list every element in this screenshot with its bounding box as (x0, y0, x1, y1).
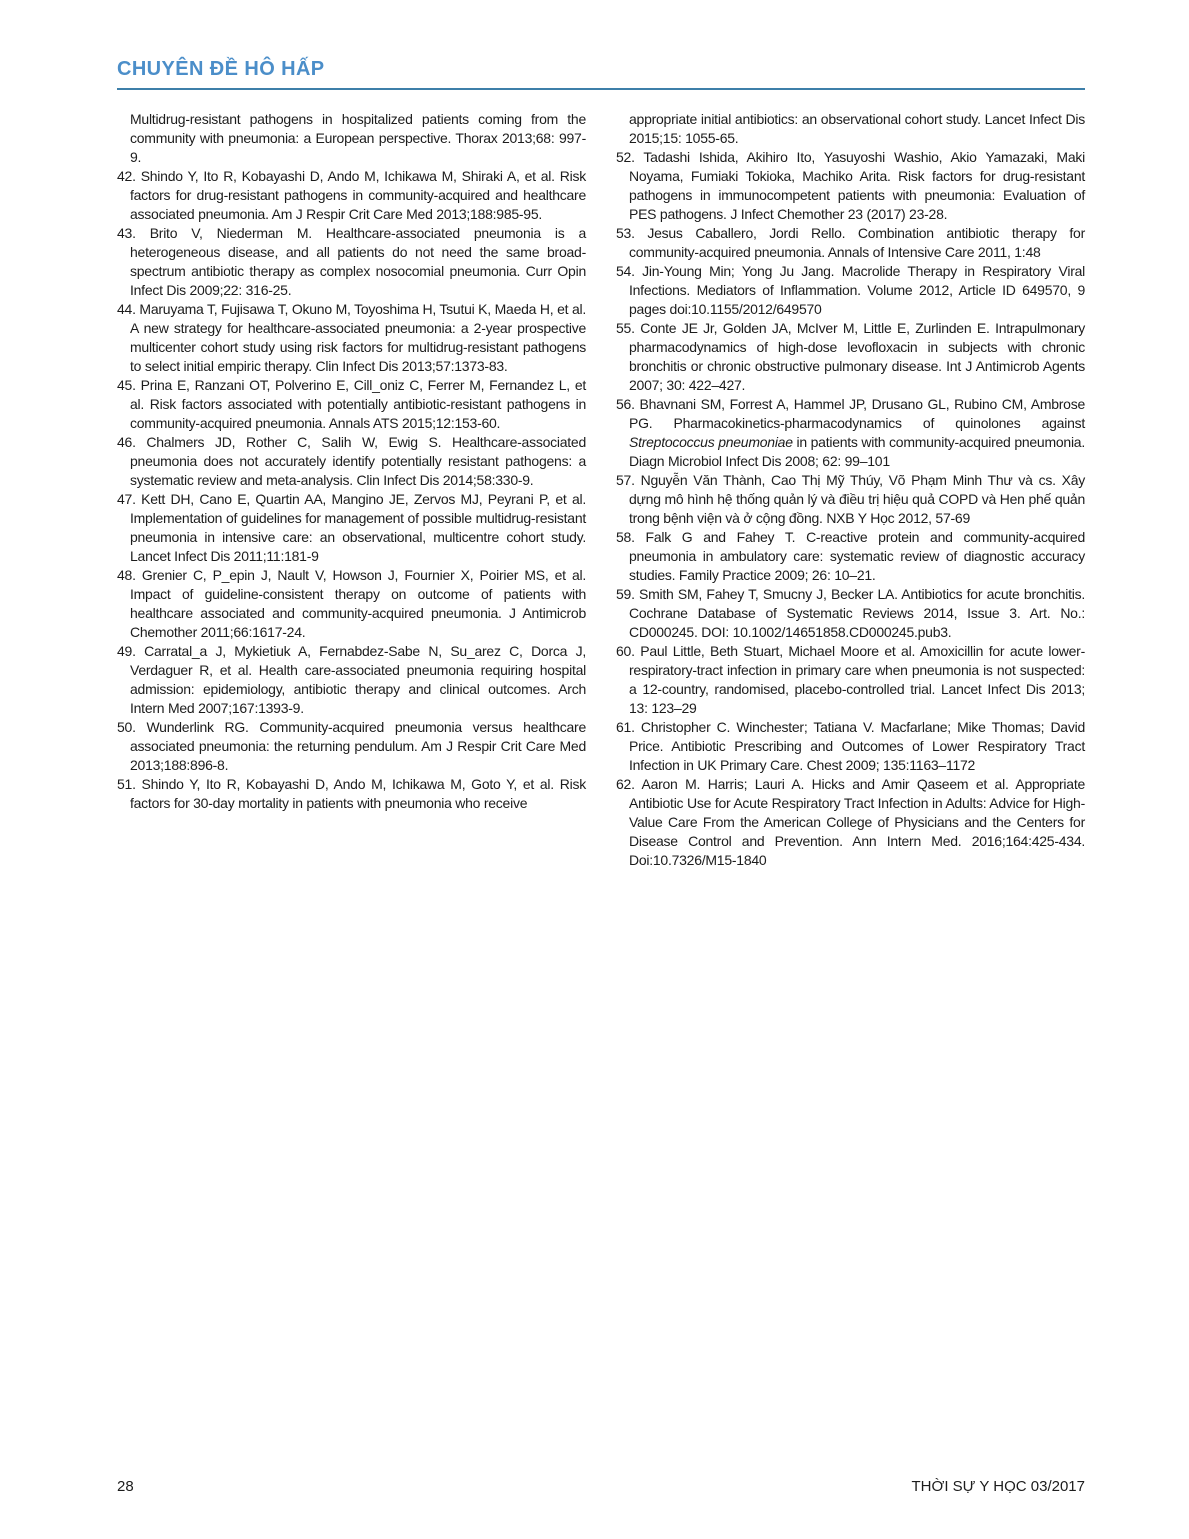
species-name-italic: Streptococcus pneumoniae (629, 434, 793, 450)
reference-text: 55. Conte JE Jr, Golden JA, McIver M, Li… (616, 320, 1085, 393)
reference-item: 50. Wunderlink RG. Community-acquired pn… (117, 718, 586, 775)
reference-item: 57. Nguyễn Văn Thành, Cao Thị Mỹ Thúy, V… (616, 471, 1085, 528)
reference-item: 61. Christopher C. Winchester; Tatiana V… (616, 718, 1085, 775)
reference-text: 61. Christopher C. Winchester; Tatiana V… (616, 719, 1085, 773)
reference-item: 45. Prina E, Ranzani OT, Polverino E, Ci… (117, 376, 586, 433)
reference-text: Multidrug-resistant pathogens in hospita… (130, 111, 586, 165)
reference-item: 52. Tadashi Ishida, Akihiro Ito, Yasuyos… (616, 148, 1085, 224)
reference-text: 57. Nguyễn Văn Thành, Cao Thị Mỹ Thúy, V… (616, 472, 1085, 526)
reference-text: appropriate initial antibiotics: an obse… (629, 111, 1085, 146)
reference-item: 62. Aaron M. Harris; Lauri A. Hicks and … (616, 775, 1085, 870)
reference-text: 47. Kett DH, Cano E, Quartin AA, Mangino… (117, 491, 586, 564)
reference-text: 58. Falk G and Fahey T. C-reactive prote… (616, 529, 1085, 583)
reference-item: 51. Shindo Y, Ito R, Kobayashi D, Ando M… (117, 775, 586, 813)
reference-item: 42. Shindo Y, Ito R, Kobayashi D, Ando M… (117, 167, 586, 224)
document-page: CHUYÊN ĐỀ HÔ HẤP Multidrug-resistant pat… (0, 0, 1189, 1539)
reference-text: 51. Shindo Y, Ito R, Kobayashi D, Ando M… (117, 776, 586, 811)
page-number: 28 (117, 1478, 134, 1495)
reference-item: 55. Conte JE Jr, Golden JA, McIver M, Li… (616, 319, 1085, 395)
reference-text: 44. Maruyama T, Fujisawa T, Okuno M, Toy… (117, 301, 586, 374)
reference-item: 53. Jesus Caballero, Jordi Rello. Combin… (616, 224, 1085, 262)
reference-item: 59. Smith SM, Fahey T, Smucny J, Becker … (616, 585, 1085, 642)
reference-text: 56. Bhavnani SM, Forrest A, Hammel JP, D… (616, 396, 1085, 431)
page-header: CHUYÊN ĐỀ HÔ HẤP (117, 58, 1085, 90)
reference-item: 44. Maruyama T, Fujisawa T, Okuno M, Toy… (117, 300, 586, 376)
references-column-left: Multidrug-resistant pathogens in hospita… (117, 110, 586, 870)
reference-item: 43. Brito V, Niederman M. Healthcare-ass… (117, 224, 586, 300)
reference-item: 58. Falk G and Fahey T. C-reactive prote… (616, 528, 1085, 585)
page-footer: 28 THỜI SỰ Y HỌC 03/2017 (117, 1478, 1085, 1495)
reference-text: 46. Chalmers JD, Rother C, Salih W, Ewig… (117, 434, 586, 488)
reference-item: 49. Carratal_a J, Mykietiuk A, Fernabdez… (117, 642, 586, 718)
journal-title: THỜI SỰ Y HỌC 03/2017 (911, 1478, 1085, 1495)
reference-item: Multidrug-resistant pathogens in hospita… (117, 110, 586, 167)
section-title: CHUYÊN ĐỀ HÔ HẤP (117, 58, 1085, 81)
reference-item: 54. Jin-Young Min; Yong Ju Jang. Macroli… (616, 262, 1085, 319)
reference-text: 54. Jin-Young Min; Yong Ju Jang. Macroli… (616, 263, 1085, 317)
reference-text: 60. Paul Little, Beth Stuart, Michael Mo… (616, 643, 1085, 716)
reference-item: 46. Chalmers JD, Rother C, Salih W, Ewig… (117, 433, 586, 490)
reference-item: 60. Paul Little, Beth Stuart, Michael Mo… (616, 642, 1085, 718)
reference-item: appropriate initial antibiotics: an obse… (616, 110, 1085, 148)
reference-text: 43. Brito V, Niederman M. Healthcare-ass… (117, 225, 586, 298)
reference-text: 59. Smith SM, Fahey T, Smucny J, Becker … (616, 586, 1085, 640)
reference-text: 52. Tadashi Ishida, Akihiro Ito, Yasuyos… (616, 149, 1085, 222)
reference-text: 42. Shindo Y, Ito R, Kobayashi D, Ando M… (117, 168, 586, 222)
references-column-right: appropriate initial antibiotics: an obse… (616, 110, 1085, 870)
reference-item: 56. Bhavnani SM, Forrest A, Hammel JP, D… (616, 395, 1085, 471)
reference-item: 47. Kett DH, Cano E, Quartin AA, Mangino… (117, 490, 586, 566)
reference-text: 45. Prina E, Ranzani OT, Polverino E, Ci… (117, 377, 586, 431)
reference-text: 49. Carratal_a J, Mykietiuk A, Fernabdez… (117, 643, 586, 716)
reference-text: 62. Aaron M. Harris; Lauri A. Hicks and … (616, 776, 1085, 868)
header-divider (117, 88, 1085, 90)
reference-text: 53. Jesus Caballero, Jordi Rello. Combin… (616, 225, 1085, 260)
reference-text: 50. Wunderlink RG. Community-acquired pn… (117, 719, 586, 773)
reference-item: 48. Grenier C, P_epin J, Nault V, Howson… (117, 566, 586, 642)
reference-text: 48. Grenier C, P_epin J, Nault V, Howson… (117, 567, 586, 640)
references-section: Multidrug-resistant pathogens in hospita… (117, 110, 1085, 870)
